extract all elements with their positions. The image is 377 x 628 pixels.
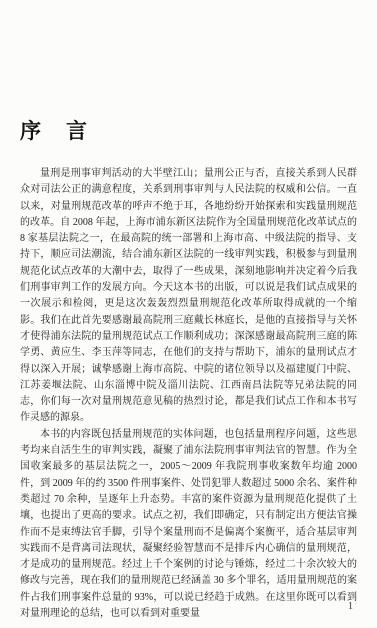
book-page: 序 言 量刑是刑事审判活动的大半壁江山；量刑公正与否，直接关系到人民群众对司法公… [0,0,377,628]
paragraph: 本书的内容既包括量刑规范的实体问题，也包括量刑程序问题，这些思考均来自活生生的审… [20,427,357,623]
body-text: 量刑是刑事审判活动的大半壁江山；量刑公正与否，直接关系到人民群众对司法公正的满意… [20,166,357,622]
page-number: 1 [348,601,353,612]
paragraph: 量刑是刑事审判活动的大半壁江山；量刑公正与否，直接关系到人民群众对司法公正的满意… [20,166,357,427]
page-title: 序 言 [20,115,89,145]
